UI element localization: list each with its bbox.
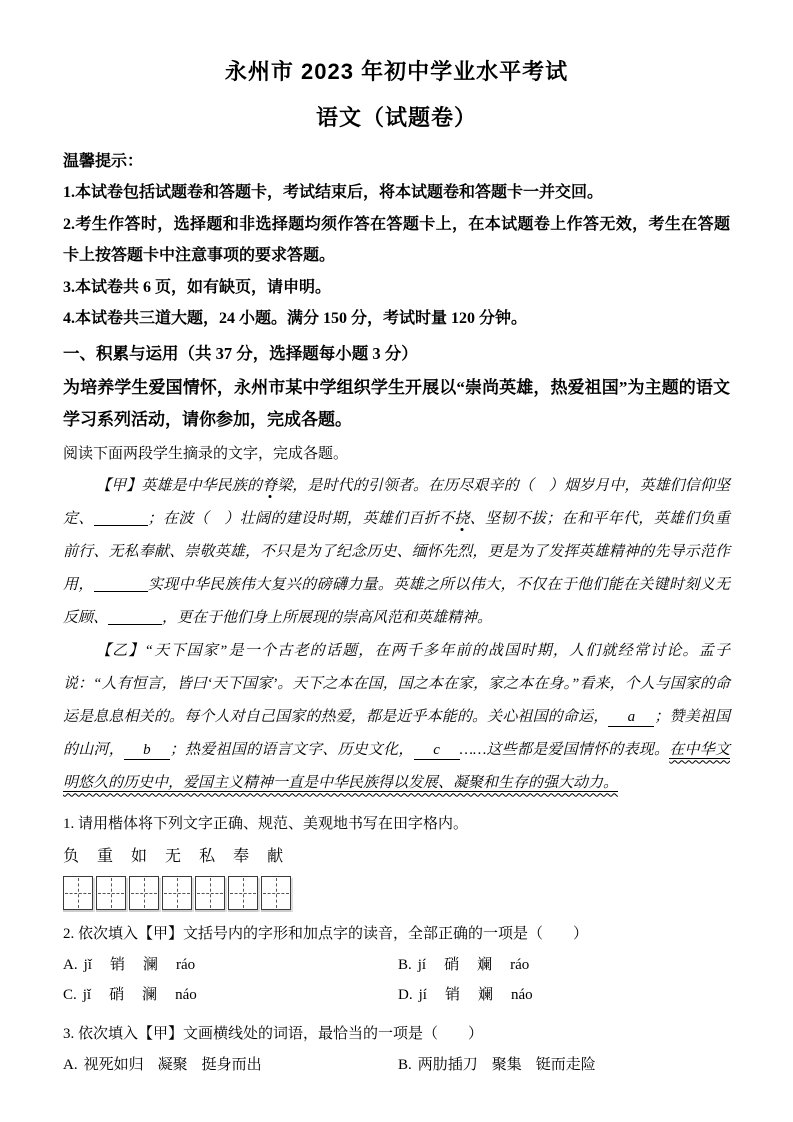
writing-char: 私 [199, 844, 215, 870]
tianzige-cell [63, 876, 93, 910]
blank-c: c [414, 742, 460, 760]
writing-char: 献 [267, 844, 283, 870]
notice-item-2: 2.考生作答时，选择题和非选择题均须作答在答题卡上，在本试题卷上作答无效，考生在… [63, 209, 730, 272]
blank-underline [94, 577, 148, 592]
question-1-stem: 1. 请用楷体将下列文字正确、规范、美观地书写在田字格内。 [63, 810, 730, 838]
option-item: jǐ [83, 987, 91, 1003]
paper-subtitle: 语文（试题卷） [63, 102, 730, 134]
option-label: D. [398, 987, 413, 1003]
option-item: 挺身而出 [202, 1057, 262, 1073]
question-2-stem: 2. 依次填入【甲】文括号内的字形和加点字的读音，全部正确的一项是（ ） [63, 920, 730, 948]
option-item: 斓 [478, 987, 493, 1003]
q2-option-D: D.jí销斓náo [398, 980, 730, 1010]
option-label: B. [398, 957, 412, 973]
writing-char: 重 [97, 844, 113, 870]
tianzige-cell [261, 876, 291, 910]
option-item: ráo [510, 957, 529, 973]
writing-characters: 负 重 如 无 私 奉 献 [63, 844, 730, 870]
writing-char: 负 [63, 844, 79, 870]
section-one-heading: 一、积累与运用（共 37 分，选择题每小题 3 分） [63, 338, 730, 369]
option-item: 销 [110, 957, 125, 973]
tianzige-cell [162, 876, 192, 910]
option-item: 澜 [142, 987, 157, 1003]
passage-jia-text: ；在波（ ）壮阔的建设时期，英雄们百折不 [148, 511, 455, 527]
question-2-options: A.jǐ销澜ráo B.jí硝斓ráo C.jǐ硝澜náo D.jí销斓náo [63, 950, 730, 1010]
option-item: jí [419, 987, 427, 1003]
writing-char: 如 [131, 844, 147, 870]
writing-char: 无 [165, 844, 181, 870]
option-item: 凝聚 [158, 1057, 188, 1073]
passage-yi: 【乙】“天下国家”是一个古老的话题，在两千多年前的战国时期，人们就经常讨论。孟子… [63, 635, 730, 800]
option-item: jí [418, 957, 426, 973]
option-label: A. [63, 1057, 78, 1073]
paper-title: 永州市 2023 年初中学业水平考试 [63, 56, 730, 88]
option-label: B. [398, 1057, 412, 1073]
option-item: náo [511, 987, 533, 1003]
passage-jia-text: ，更在于他们身上所展现的崇高风范和英雄精神。 [162, 610, 492, 626]
reading-prompt: 阅读下面两段学生摘录的文字，完成各题。 [63, 440, 730, 468]
emphasized-char-nao: 挠 [454, 511, 469, 527]
passage-yi-text: ……这些都是爱国情怀的表现。 [460, 742, 670, 758]
option-item: 斓 [477, 957, 492, 973]
option-item: 两肋插刀 [418, 1057, 478, 1073]
blank-underline [108, 610, 162, 625]
passage-yi-text: ；热爱祖国的语言文字、历史文化， [170, 742, 414, 758]
blank-underline [94, 511, 148, 526]
blank-b: b [124, 742, 170, 760]
q2-option-B: B.jí硝斓ráo [398, 950, 730, 980]
blank-a: a [608, 709, 654, 727]
option-item: 聚集 [492, 1057, 522, 1073]
tianzige-cell [195, 876, 225, 910]
notice-item-1: 1.本试卷包括试题卷和答题卡，考试结束后，将本试题卷和答题卡一并交回。 [63, 177, 730, 209]
exam-paper-page: 永州市 2023 年初中学业水平考试 语文（试题卷） 温馨提示： 1.本试卷包括… [0, 0, 793, 1122]
notice-section: 温馨提示： 1.本试卷包括试题卷和答题卡，考试结束后，将本试题卷和答题卡一并交回… [63, 146, 730, 335]
option-item: náo [175, 987, 197, 1003]
notice-heading: 温馨提示： [63, 146, 730, 177]
notice-item-4: 4.本试卷共三道大题，24 小题。满分 150 分，考试时量 120 分钟。 [63, 303, 730, 335]
option-item: 硝 [444, 957, 459, 973]
tianzige-cell [96, 876, 126, 910]
option-item: 铤而走险 [536, 1057, 596, 1073]
option-item: 销 [445, 987, 460, 1003]
passage-jia: 【甲】英雄是中华民族的脊梁，是时代的引领者。在历尽艰辛的（ ）烟岁月中，英雄们信… [63, 470, 730, 635]
passage-jia-label: 【甲】 [96, 478, 141, 494]
q2-option-C: C.jǐ硝澜náo [63, 980, 398, 1010]
q2-option-A: A.jǐ销澜ráo [63, 950, 398, 980]
passage-jia-text: 英雄是中华民族的 [141, 478, 262, 494]
option-item: 澜 [143, 957, 158, 973]
writing-char: 奉 [233, 844, 249, 870]
option-item: ráo [176, 957, 195, 973]
q3-option-B: B.两肋插刀聚集铤而走险 [398, 1050, 730, 1080]
notice-item-3: 3.本试卷共 6 页，如有缺页，请申明。 [63, 272, 730, 304]
option-label: C. [63, 987, 77, 1003]
emphasized-char-ji: 脊 [262, 478, 277, 494]
tianzige-cell [228, 876, 258, 910]
passage-yi-label: 【乙】 [96, 643, 145, 659]
option-item: jǐ [84, 957, 92, 973]
tianzige-grid [63, 876, 730, 910]
question-3-stem: 3. 依次填入【甲】文画横线处的词语，最恰当的一项是（ ） [63, 1020, 730, 1048]
option-item: 视死如归 [84, 1057, 144, 1073]
tianzige-cell [129, 876, 159, 910]
question-3-options: A.视死如归凝聚挺身而出 B.两肋插刀聚集铤而走险 [63, 1050, 730, 1080]
q3-option-A: A.视死如归凝聚挺身而出 [63, 1050, 398, 1080]
option-label: A. [63, 957, 78, 973]
option-item: 硝 [109, 987, 124, 1003]
section-one-intro: 为培养学生爱国情怀，永州市某中学组织学生开展以“崇尚英雄，热爱祖国”为主题的语文… [63, 372, 730, 436]
